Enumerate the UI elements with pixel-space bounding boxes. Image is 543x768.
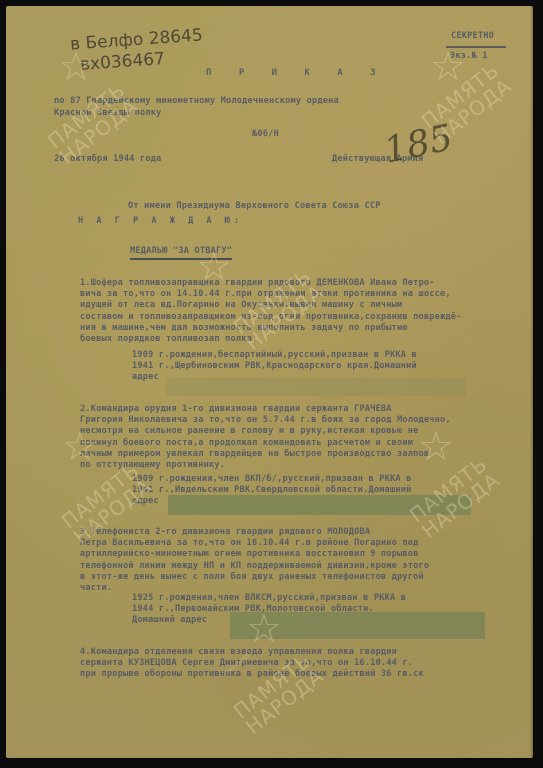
page-edge-shadow — [530, 6, 533, 758]
preamble: От имени Президиума Верховного Совета Со… — [128, 201, 381, 212]
order-number: №06/Н — [252, 129, 279, 140]
handwritten-mark: 185 — [380, 117, 456, 171]
award-entry-3-text: 3.Телефониста 2-го дивизиона гвардии ряд… — [80, 527, 429, 594]
order-date: 26 октября 1944 года — [54, 154, 161, 165]
document-page: в Белфо 28645 вх036467 СЕКРЕТНО Экз.№ 1 … — [6, 6, 533, 758]
award-entry-4-text: 4.Командира отделения связи взвода управ… — [80, 647, 424, 681]
header-line1: по 87 Гвардейскому минометному Молодечне… — [54, 96, 339, 107]
document-title: П Р И К А З — [206, 68, 387, 79]
header-line2: Красной Звезды полку — [54, 108, 161, 119]
award-entry-1-text: 1.Шофера топливозаправщика гвардии рядов… — [80, 278, 462, 345]
classification-rule — [446, 46, 506, 48]
redaction-block-1 — [166, 378, 466, 396]
copy-number: Экз.№ 1 — [450, 51, 488, 62]
award-entry-2-text: 2.Командира орудия 1-го дивизиона гварди… — [80, 404, 451, 471]
medal-heading: МЕДАЛЬЮ "ЗА ОТВАГУ" — [130, 246, 232, 260]
classification-label: СЕКРЕТНО — [451, 31, 494, 42]
redaction-block-3 — [230, 612, 485, 639]
awarding-heading: Н А Г Р А Ж Д А Ю: — [78, 216, 243, 227]
redaction-block-2 — [168, 495, 471, 515]
